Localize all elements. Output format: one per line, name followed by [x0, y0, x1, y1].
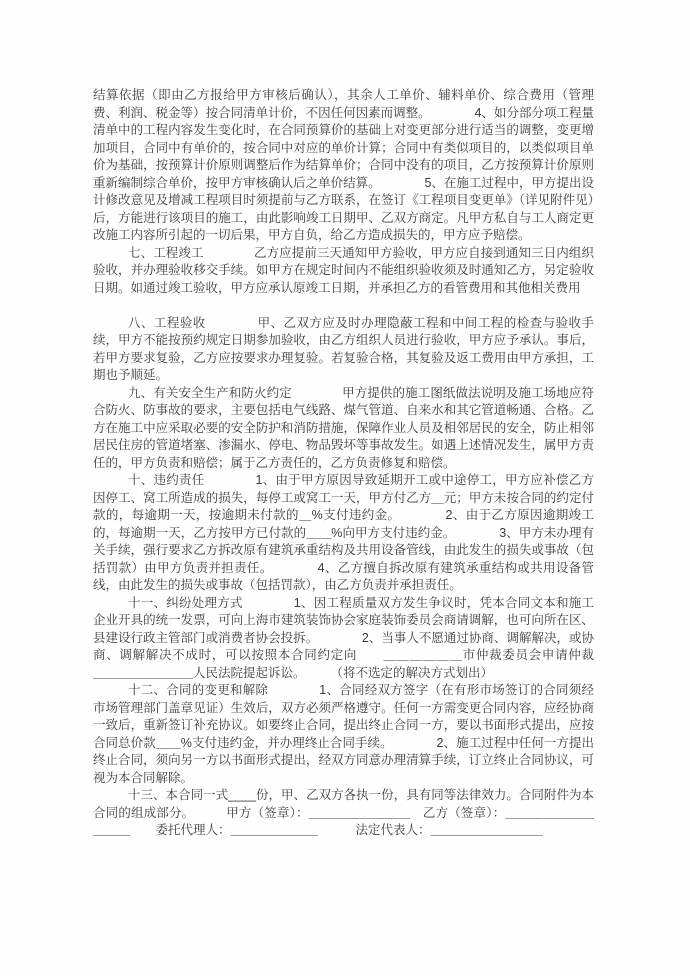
paragraph-section-12-amendment-termination: 十二、合同的变更和解除 1、合同经双方签字（在有形市场签订的合同须经市场管理部门…: [93, 682, 594, 787]
contract-body-text: 结算依据（即由乙方报给甲方审核后确认），其余人工单价、辅料单价、综合费用（管理费…: [93, 87, 594, 840]
paragraph-section-11-dispute-resolution: 十一、纠纷处理方式 1、因工程质量双方发生争议时，凭本合同文本和施工企业开具的统…: [93, 595, 594, 683]
contract-page: 结算依据（即由乙方报给甲方审核后确认），其余人工单价、辅料单价、综合费用（管理费…: [0, 0, 690, 976]
paragraph-settlement-basis-continuation: 结算依据（即由乙方报给甲方审核后确认），其余人工单价、辅料单价、综合费用（管理费…: [93, 87, 594, 245]
blank-line-separator: [93, 297, 594, 315]
paragraph-section-8-project-acceptance: 八、工程验收 甲、乙双方应及时办理隐蔽工程和中间工程的检查与验收手续，甲方不能按…: [93, 315, 594, 385]
paragraph-section-7-project-completion: 七、工程竣工 乙方应提前三天通知甲方验收，甲方应自接到通知三日内组织验收，并办理…: [93, 245, 594, 298]
paragraph-section-9-safety-fire-prevention: 九、有关安全生产和防火约定 甲方提供的施工图纸做法说明及施工场地应符合防火、防事…: [93, 385, 594, 473]
paragraph-section-10-breach-liability: 十、违约责任 1、由于甲方原因导致延期开工或中途停工，甲方应补偿乙方因停工、窝工…: [93, 472, 594, 595]
paragraph-section-13-copies-and-signatures: 十三、本合同一式____份，甲、乙双方各执一份，具有同等法律效力。合同附件为本合…: [93, 787, 594, 840]
